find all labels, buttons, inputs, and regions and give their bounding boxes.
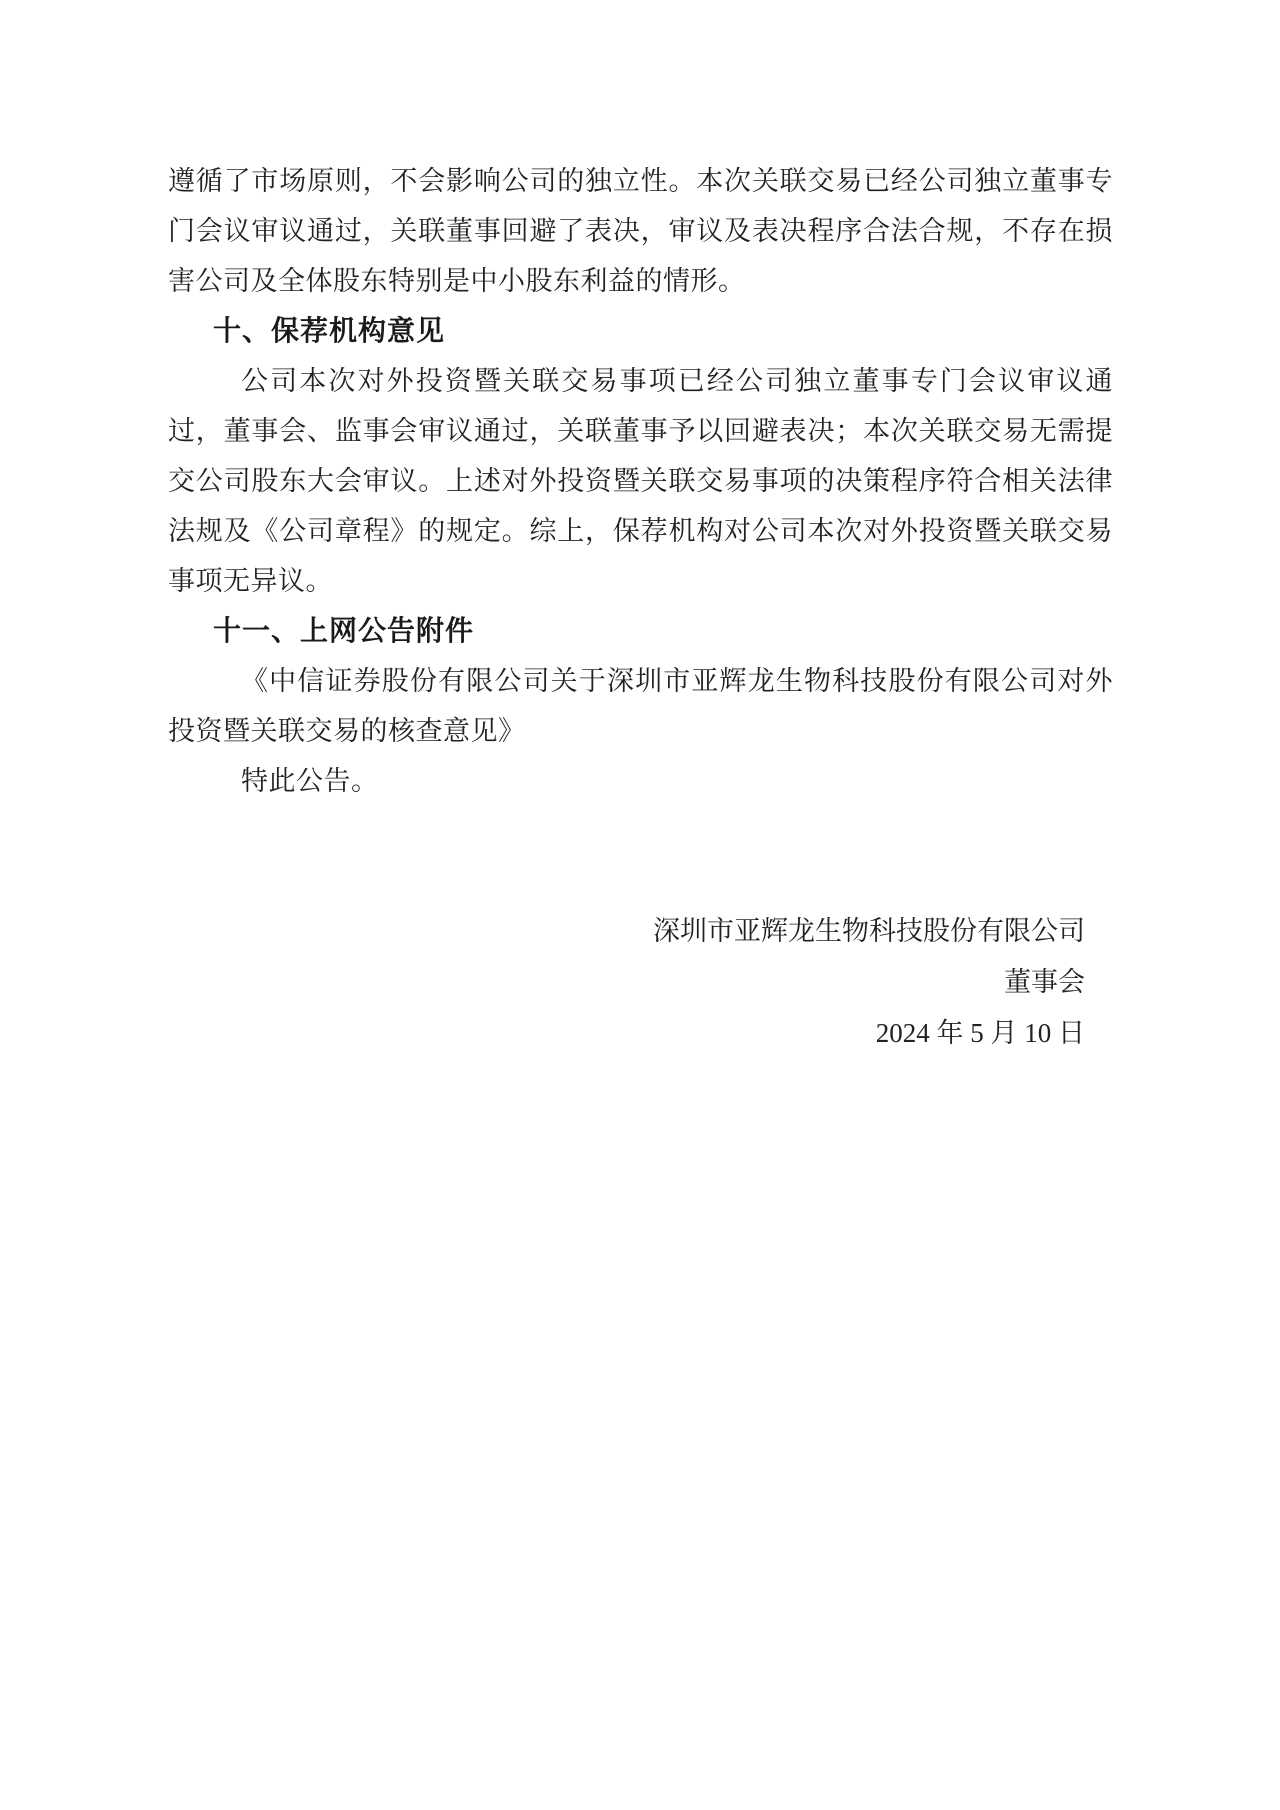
signature-company-name: 深圳市亚辉龙生物科技股份有限公司 <box>168 906 1085 957</box>
signature-board-of-directors: 董事会 <box>168 957 1085 1008</box>
signature-block: 深圳市亚辉龙生物科技股份有限公司 董事会 2024 年 5 月 10 日 <box>168 906 1113 1059</box>
paragraph-closing: 特此公告。 <box>168 756 1113 806</box>
section-11-heading: 十一、上网公告附件 <box>168 606 1113 656</box>
paragraph-sponsor-opinion: 公司本次对外投资暨关联交易事项已经公司独立董事专门会议审议通过，董事会、监事会审… <box>168 356 1113 606</box>
paragraph-intro: 遵循了市场原则，不会影响公司的独立性。本次关联交易已经公司独立董事专门会议审议通… <box>168 156 1113 306</box>
signature-date: 2024 年 5 月 10 日 <box>168 1008 1085 1059</box>
section-10-heading: 十、保荐机构意见 <box>168 306 1113 356</box>
document-page: 遵循了市场原则，不会影响公司的独立性。本次关联交易已经公司独立董事专门会议审议通… <box>0 0 1280 1810</box>
paragraph-attachment-title: 《中信证券股份有限公司关于深圳市亚辉龙生物科技股份有限公司对外投资暨关联交易的核… <box>168 656 1113 756</box>
